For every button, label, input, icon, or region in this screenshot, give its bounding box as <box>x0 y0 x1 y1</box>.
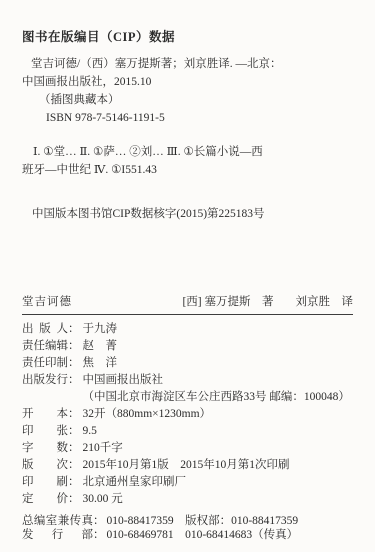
colophon-label: 责任编辑 <box>22 338 68 355</box>
cip-series-note: （插图典藏本） <box>22 91 353 109</box>
colophon-label: 开本 <box>22 406 68 423</box>
book-translator: 刘京胜 译 <box>296 293 354 309</box>
colophon-colon: ： <box>68 440 80 457</box>
colophon-row-editor: 责任编辑：赵 菁 <box>22 338 353 355</box>
colophon-row-edition: 版次：2015年10月第1版 2015年10月第1次印刷 <box>22 457 353 474</box>
colophon-row-sheets: 印张：9.5 <box>22 423 353 440</box>
colophon-value: 中国画报出版社 <box>83 374 164 386</box>
colophon-colon: ： <box>68 406 80 423</box>
colophon-label: 出版人 <box>22 321 68 338</box>
colophon-colon: ： <box>68 372 80 389</box>
colophon-label: 责任印制 <box>22 355 68 372</box>
colophon-label: 定价 <box>22 491 68 508</box>
contact-block: 总编室兼传真：010-88417359 版权部：010-88417359 发行部… <box>22 515 353 542</box>
colophon-colon: ： <box>68 423 80 440</box>
colophon: 出版人：于九涛 责任编辑：赵 菁 责任印制：焦 洋 出版发行：中国画报出版社 ：… <box>22 321 353 508</box>
colophon-row-word-count: 字数：210千字 <box>22 440 353 457</box>
colophon-row-printer: 印刷：北京通州皇家印刷厂 <box>22 474 353 491</box>
contact-colon: ： <box>93 515 105 529</box>
contact-colon: ： <box>93 529 105 543</box>
colophon-value: 210千字 <box>83 442 123 454</box>
title-bar: 堂吉诃德 [西] 塞万提斯 著 刘京胜 译 <box>22 293 353 315</box>
colophon-colon: ： <box>68 491 80 508</box>
cip-entry-line1: 堂吉诃德/（西）塞万提斯著；刘京胜译. —北京： <box>22 55 353 73</box>
cip-isbn: ISBN 978-7-5146-1191-5 <box>22 109 353 127</box>
contact-value: 010-68469781 010-68414683（传真） <box>107 529 299 541</box>
cip-record-number: 中国版本图书馆CIP数据核字(2015)第225183号 <box>22 205 353 223</box>
cip-classification-line2: 班牙—中世纪 Ⅳ. ①I551.43 <box>22 161 353 179</box>
colophon-label: 字数 <box>22 440 68 457</box>
colophon-row-publisher: 出版发行：中国画报出版社 <box>22 372 353 389</box>
colophon-value: 9.5 <box>83 425 97 437</box>
colophon-colon: ： <box>68 338 80 355</box>
cip-entry-line2: 中国画报出版社，2015.10 <box>22 73 353 91</box>
colophon-label: 印张 <box>22 423 68 440</box>
colophon-value: 32开（880mm×1230mm） <box>83 408 212 420</box>
colophon-value: （中国北京市海淀区车公庄西路33号 邮编：100048） <box>83 391 350 403</box>
colophon-colon: ： <box>68 474 80 491</box>
cip-classification-block: Ⅰ. ①堂… Ⅱ. ①萨… ②刘… Ⅲ. ①长篇小说—西 班牙—中世纪 Ⅳ. ①… <box>22 143 353 179</box>
contact-label: 总编室兼传真 <box>22 515 93 529</box>
colophon-label: 印刷 <box>22 474 68 491</box>
colophon-value: 于九涛 <box>83 323 118 335</box>
colophon-value: 焦 洋 <box>83 357 118 369</box>
colophon-row-price: 定价：30.00 元 <box>22 491 353 508</box>
colophon-row-format: 开本：32开（880mm×1230mm） <box>22 406 353 423</box>
cip-classification-line1: Ⅰ. ①堂… Ⅱ. ①萨… ②刘… Ⅲ. ①长篇小说—西 <box>22 143 353 161</box>
colophon-colon: ： <box>68 321 80 338</box>
colophon-value: 2015年10月第1版 2015年10月第1次印刷 <box>83 459 290 471</box>
cip-entry-block: 堂吉诃德/（西）塞万提斯著；刘京胜译. —北京： 中国画报出版社，2015.10… <box>22 55 353 127</box>
copyright-page: 图书在版编目（CIP）数据 堂吉诃德/（西）塞万提斯著；刘京胜译. —北京： 中… <box>0 0 375 552</box>
colophon-value: 赵 菁 <box>83 340 118 352</box>
book-author: [西] 塞万提斯 著 <box>182 293 273 309</box>
colophon-colon: ： <box>68 355 80 372</box>
colophon-value: 北京通州皇家印刷厂 <box>83 476 187 488</box>
contact-row-editorial-office: 总编室兼传真：010-88417359 版权部：010-88417359 <box>22 515 353 529</box>
contact-row-distribution-dept: 发行部：010-68469781 010-68414683（传真） <box>22 529 353 543</box>
colophon-colon: ： <box>68 457 80 474</box>
cip-heading: 图书在版编目（CIP）数据 <box>22 30 353 45</box>
colophon-value: 30.00 元 <box>83 493 123 505</box>
colophon-row-address: ：（中国北京市海淀区车公庄西路33号 邮编：100048） <box>22 389 353 406</box>
colophon-label: 出版发行 <box>22 372 68 389</box>
book-title: 堂吉诃德 <box>22 293 72 309</box>
contact-label: 发行部 <box>22 529 93 543</box>
colophon-label: 版次 <box>22 457 68 474</box>
colophon-row-print-supervisor: 责任印制：焦 洋 <box>22 355 353 372</box>
colophon-row-publisher-person: 出版人：于九涛 <box>22 321 353 338</box>
contact-value: 010-88417359 版权部：010-88417359 <box>107 515 299 527</box>
